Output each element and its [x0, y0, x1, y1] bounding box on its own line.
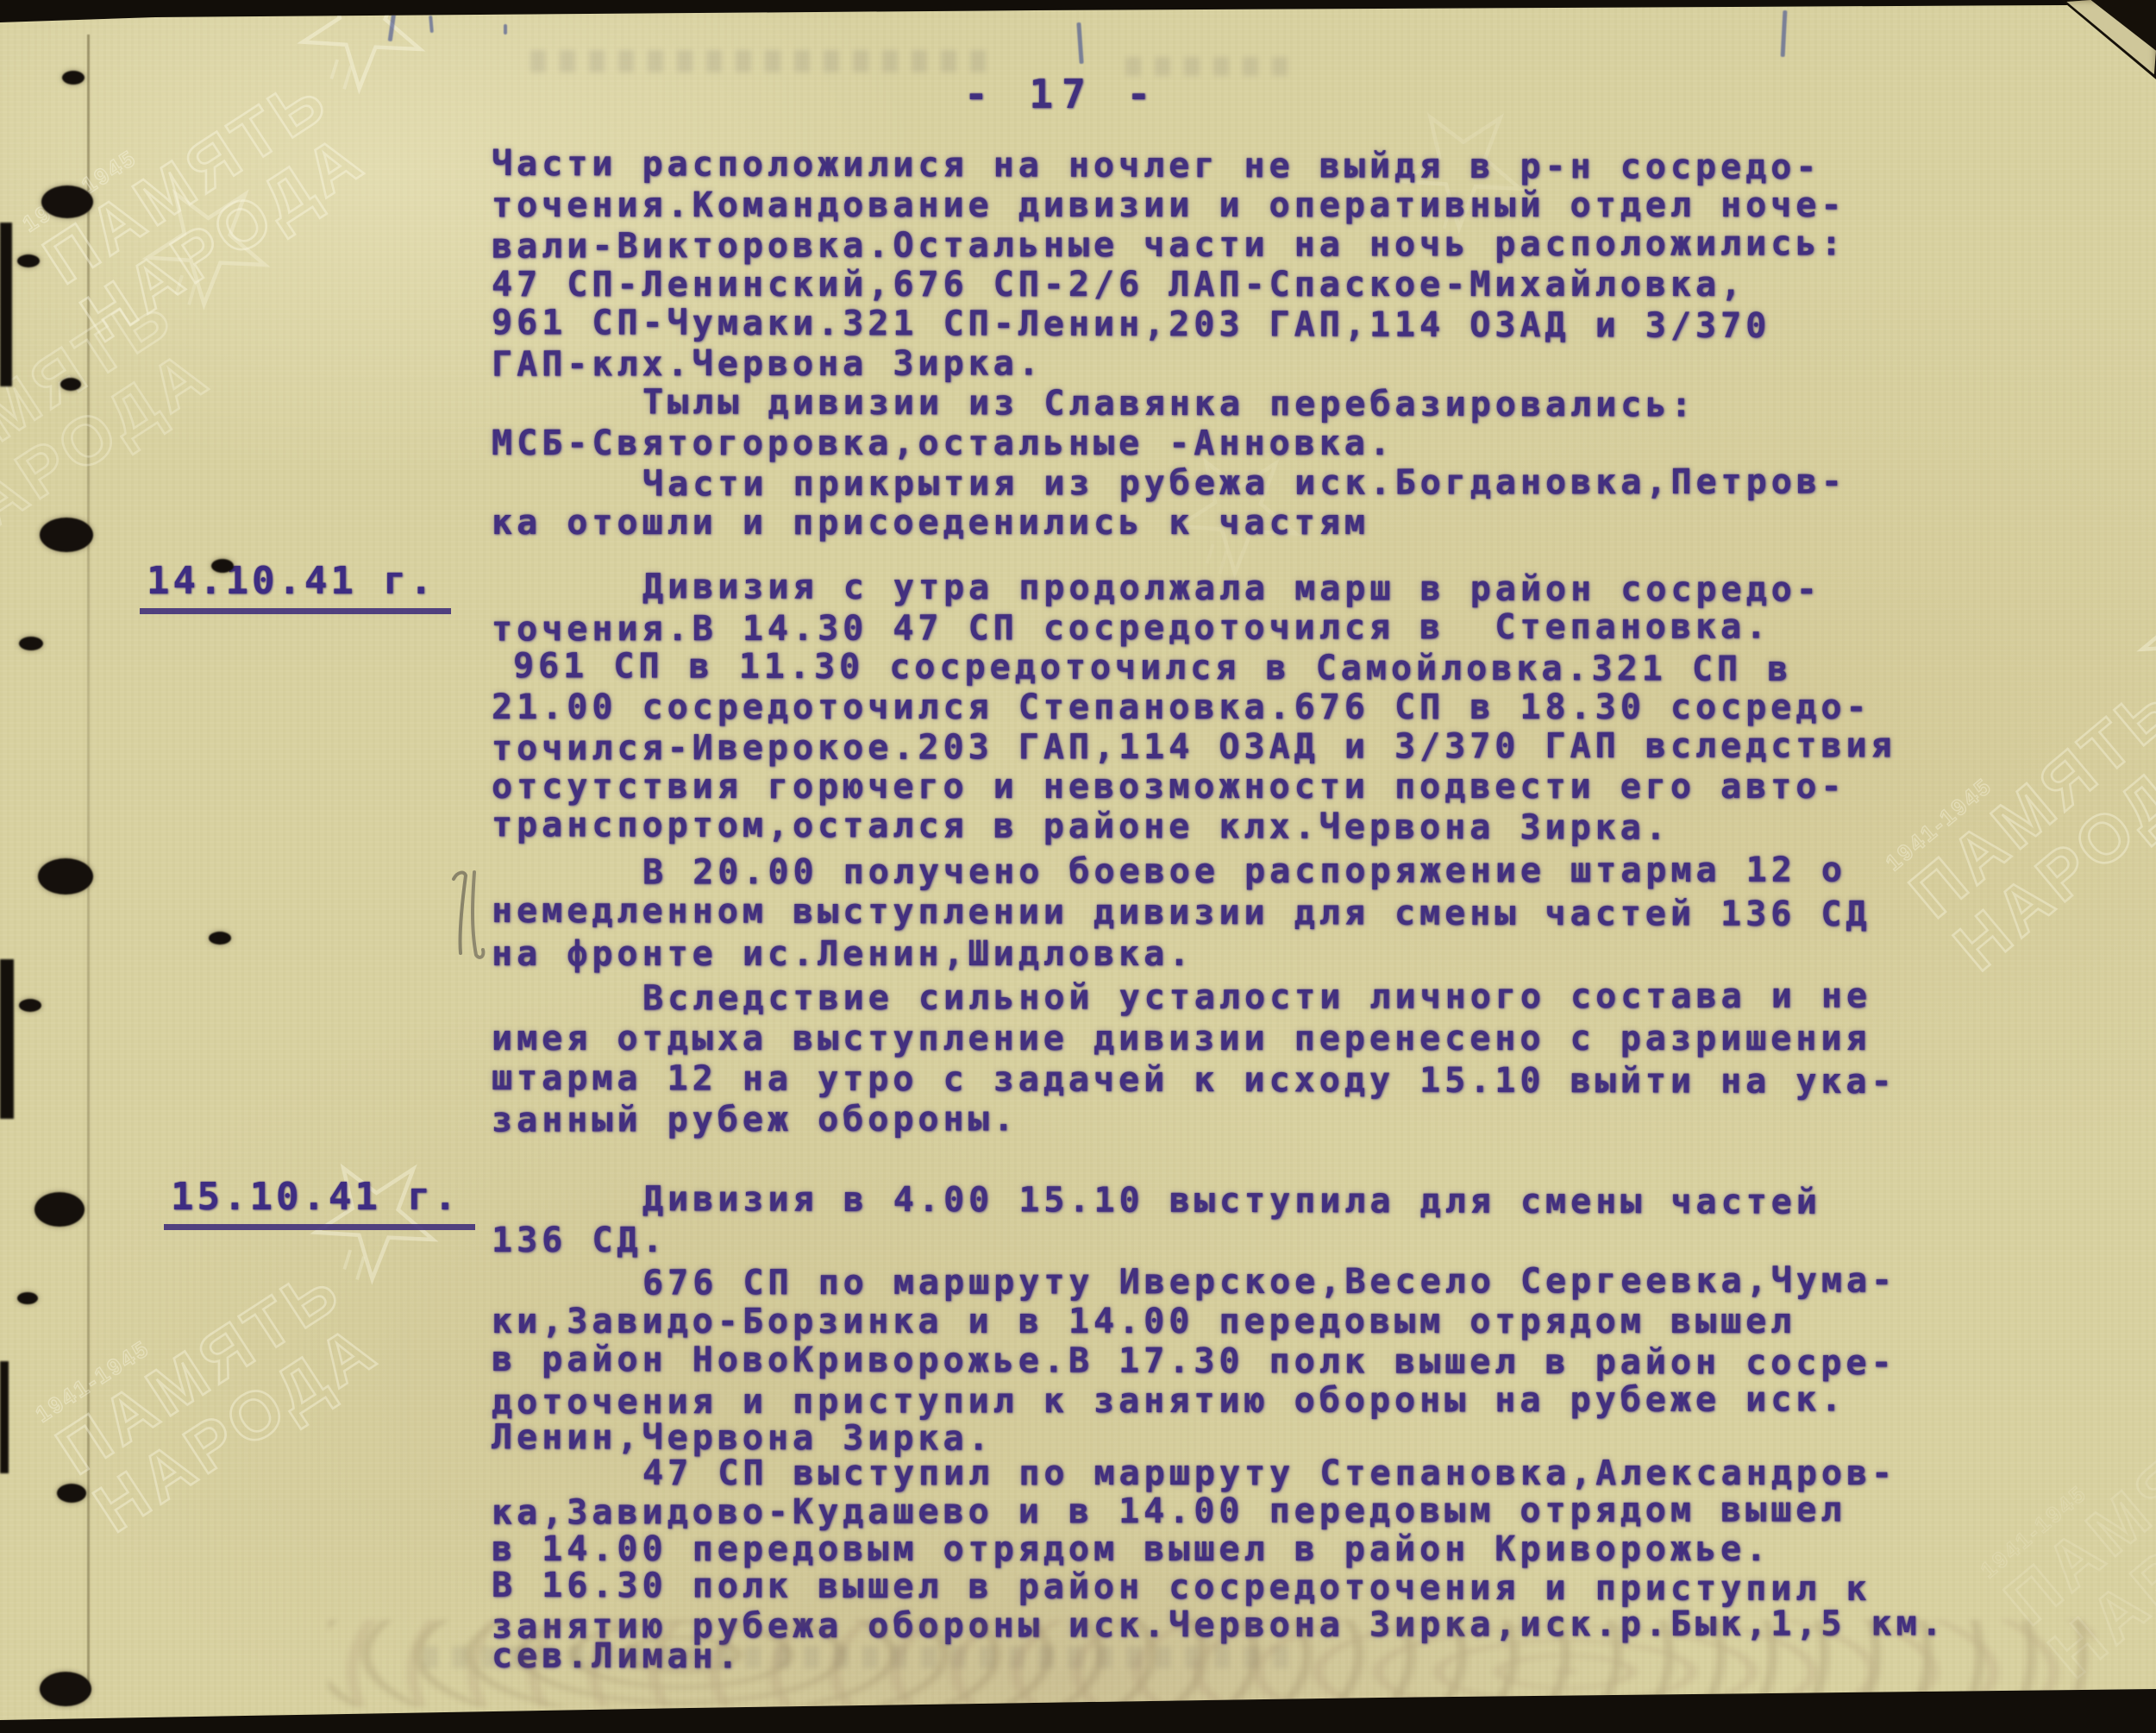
- bottom-stain: [328, 1620, 2096, 1706]
- ink-tick-mark: [1076, 22, 1083, 64]
- typewritten-line: Ленин,Червона Зирка.: [492, 1418, 993, 1458]
- typewritten-line: 21.00 сосредоточился Степановка.676 СП в…: [492, 688, 1871, 726]
- typewritten-line: 47 СП выступил по маршруту Степановка,Ал…: [642, 1454, 1896, 1492]
- punch-hole-mark: [19, 999, 41, 1012]
- typewritten-line: В 20.00 получено боевое распоряжение шта…: [642, 851, 1846, 892]
- punch-hole-mark: [209, 932, 231, 945]
- watermark-word-2: НАРОДА: [1942, 723, 2156, 983]
- watermark-word-1: ПАМЯТЬ: [33, 62, 341, 295]
- typewritten-line: точения.Командование дивизии и оперативн…: [492, 186, 1846, 224]
- watermark-word-1: ПАМЯТЬ: [0, 278, 185, 511]
- page-number: - 17 -: [964, 71, 1159, 117]
- punch-hole-mark: [41, 185, 93, 218]
- memory-of-people-watermark: 1941-1945ПАМЯТЬНАРОДА: [1881, 562, 2156, 982]
- memory-of-people-watermark: 1941-1945ПАМЯТЬНАРОДА: [0, 182, 335, 568]
- typewritten-line: точился-Иверокое.203 ГАП,114 ОЗАД и 3/37…: [492, 726, 1896, 767]
- typewritten-line: отсутствия горючего и невозможности подв…: [492, 768, 1846, 806]
- watermark-word-2: НАРОДА: [70, 120, 378, 353]
- page-edge-shadow: [0, 223, 12, 386]
- watermark-word-1: ПАМЯТЬ: [1992, 1377, 2156, 1636]
- typewritten-line: Части расположилися на ночлег не выйдя в…: [492, 145, 1821, 186]
- punch-hole-mark: [34, 1192, 85, 1227]
- star-icon: [273, 0, 452, 116]
- typewritten-line: транспортом,остался в районе клх.Червона…: [492, 806, 1670, 847]
- typewritten-line: 136 СД.: [492, 1221, 667, 1259]
- typewritten-line: В 16.30 полк вышел в район сосредоточени…: [492, 1567, 1871, 1608]
- watermark-word-1: ПАМЯТЬ: [46, 1253, 354, 1485]
- typewritten-line: занный рубеж обороны.: [492, 1100, 1018, 1139]
- typewritten-line: доточения и приступил к занятию обороны …: [492, 1380, 1846, 1421]
- typewritten-line: ка,Завидово-Кудашево и в 14.00 передовым…: [492, 1491, 1846, 1531]
- typewritten-line: Дивизия в 4.00 15.10 выступила для смены…: [642, 1180, 1821, 1221]
- punch-hole-mark: [57, 1484, 86, 1503]
- date-heading: 15.10.41 г.: [164, 1175, 475, 1230]
- page-edge-shadow: [0, 1361, 9, 1473]
- punch-hole-mark: [38, 858, 93, 895]
- watermark-word-1: ПАМЯТЬ: [1897, 669, 2156, 929]
- typewritten-line: ки,Завидо-Борзинка и в 14.00 передовым о…: [492, 1303, 1796, 1341]
- watermark-word-2: НАРОДА: [83, 1310, 391, 1543]
- punch-hole-mark: [17, 1292, 38, 1304]
- typewritten-line: немедленном выступлении дивизии для смен…: [492, 892, 1871, 933]
- paper-sheet: 1941-1945ПАМЯТЬНАРОДА1941-1945ПАМЯТЬНАРО…: [0, 0, 2156, 1733]
- typewritten-line: 961 СП-Чумаки.321 СП-Ленин,203 ГАП,114 О…: [492, 304, 1771, 345]
- watermark-word-2: НАРОДА: [0, 336, 222, 568]
- typewritten-line: на фронте ис.Ленин,Шидловка.: [492, 935, 1194, 973]
- typewritten-line: 961 СП в 11.30 сосредоточился в Самойлов…: [513, 647, 1792, 688]
- punch-hole-mark: [211, 559, 234, 573]
- typewritten-line: Вследствие сильной усталости личного сос…: [642, 977, 1871, 1018]
- punch-hole-mark: [60, 378, 81, 391]
- punch-hole-mark: [62, 71, 85, 85]
- watermark-years: 1941-1945: [1976, 1357, 2156, 1585]
- watermark-years: 1941-1945: [0, 255, 147, 453]
- typewritten-line: штарма 12 на утро с задачей к исходу 15.…: [492, 1059, 1896, 1101]
- ghost-print-smudge: [1125, 57, 1289, 76]
- pencil-margin-mark: [445, 867, 497, 962]
- ghost-print-smudge: [530, 50, 987, 72]
- watermark-years: 1941-1945: [31, 1230, 316, 1428]
- typewritten-line: Дивизия с утра продолжала марш в район с…: [642, 568, 1821, 609]
- ink-tick-mark: [388, 12, 397, 41]
- typewritten-line: точения.В 14.30 47 СП сосредоточился в С…: [492, 607, 1771, 648]
- punch-hole-mark: [17, 254, 40, 267]
- punch-hole-mark: [19, 637, 43, 650]
- scanned-document: 1941-1945ПАМЯТЬНАРОДА1941-1945ПАМЯТЬНАРО…: [0, 0, 2156, 1733]
- typewritten-line: 676 СП по маршруту Иверское,Весело Серге…: [642, 1261, 1896, 1302]
- page-edge-shadow: [0, 959, 14, 1119]
- typewritten-line: МСБ-Святогоровка,остальные -Анновка.: [492, 424, 1395, 462]
- typewritten-line: в 14.00 передовым отрядом вышел в район …: [492, 1530, 1771, 1568]
- typewritten-line: Части прикрытия из рубежа иск.Богдановка…: [642, 463, 1846, 504]
- star-icon: [118, 154, 297, 332]
- ink-tick-mark: [429, 16, 434, 33]
- date-heading: 14.10.41 г.: [140, 559, 451, 614]
- typewritten-line: 47 СП-Ленинский,676 СП-2/6 ЛАП-Спаское-М…: [492, 266, 1745, 304]
- punch-hole-mark: [40, 518, 93, 552]
- punch-hole-mark: [40, 1672, 91, 1706]
- typewritten-line: имея отдыха выступление дивизии перенесе…: [492, 1020, 1871, 1058]
- watermark-years: 1941-1945: [1881, 650, 2145, 877]
- typewritten-line: вали-Викторовка.Остальные части на ночь …: [492, 224, 1846, 265]
- typewritten-line: в район НовоКриворожье.В 17.30 полк выше…: [492, 1341, 1896, 1382]
- ink-tick-mark: [504, 24, 507, 35]
- typewritten-line: ка отошли и присоеденились к частям: [492, 504, 1369, 542]
- ink-tick-mark: [1781, 10, 1788, 57]
- typewritten-line: Тылы дивизии из Славянка перебазировалис…: [642, 383, 1696, 424]
- typewritten-line: ГАП-клх.Червона Зирка.: [492, 344, 1044, 383]
- star-icon: [2109, 537, 2156, 719]
